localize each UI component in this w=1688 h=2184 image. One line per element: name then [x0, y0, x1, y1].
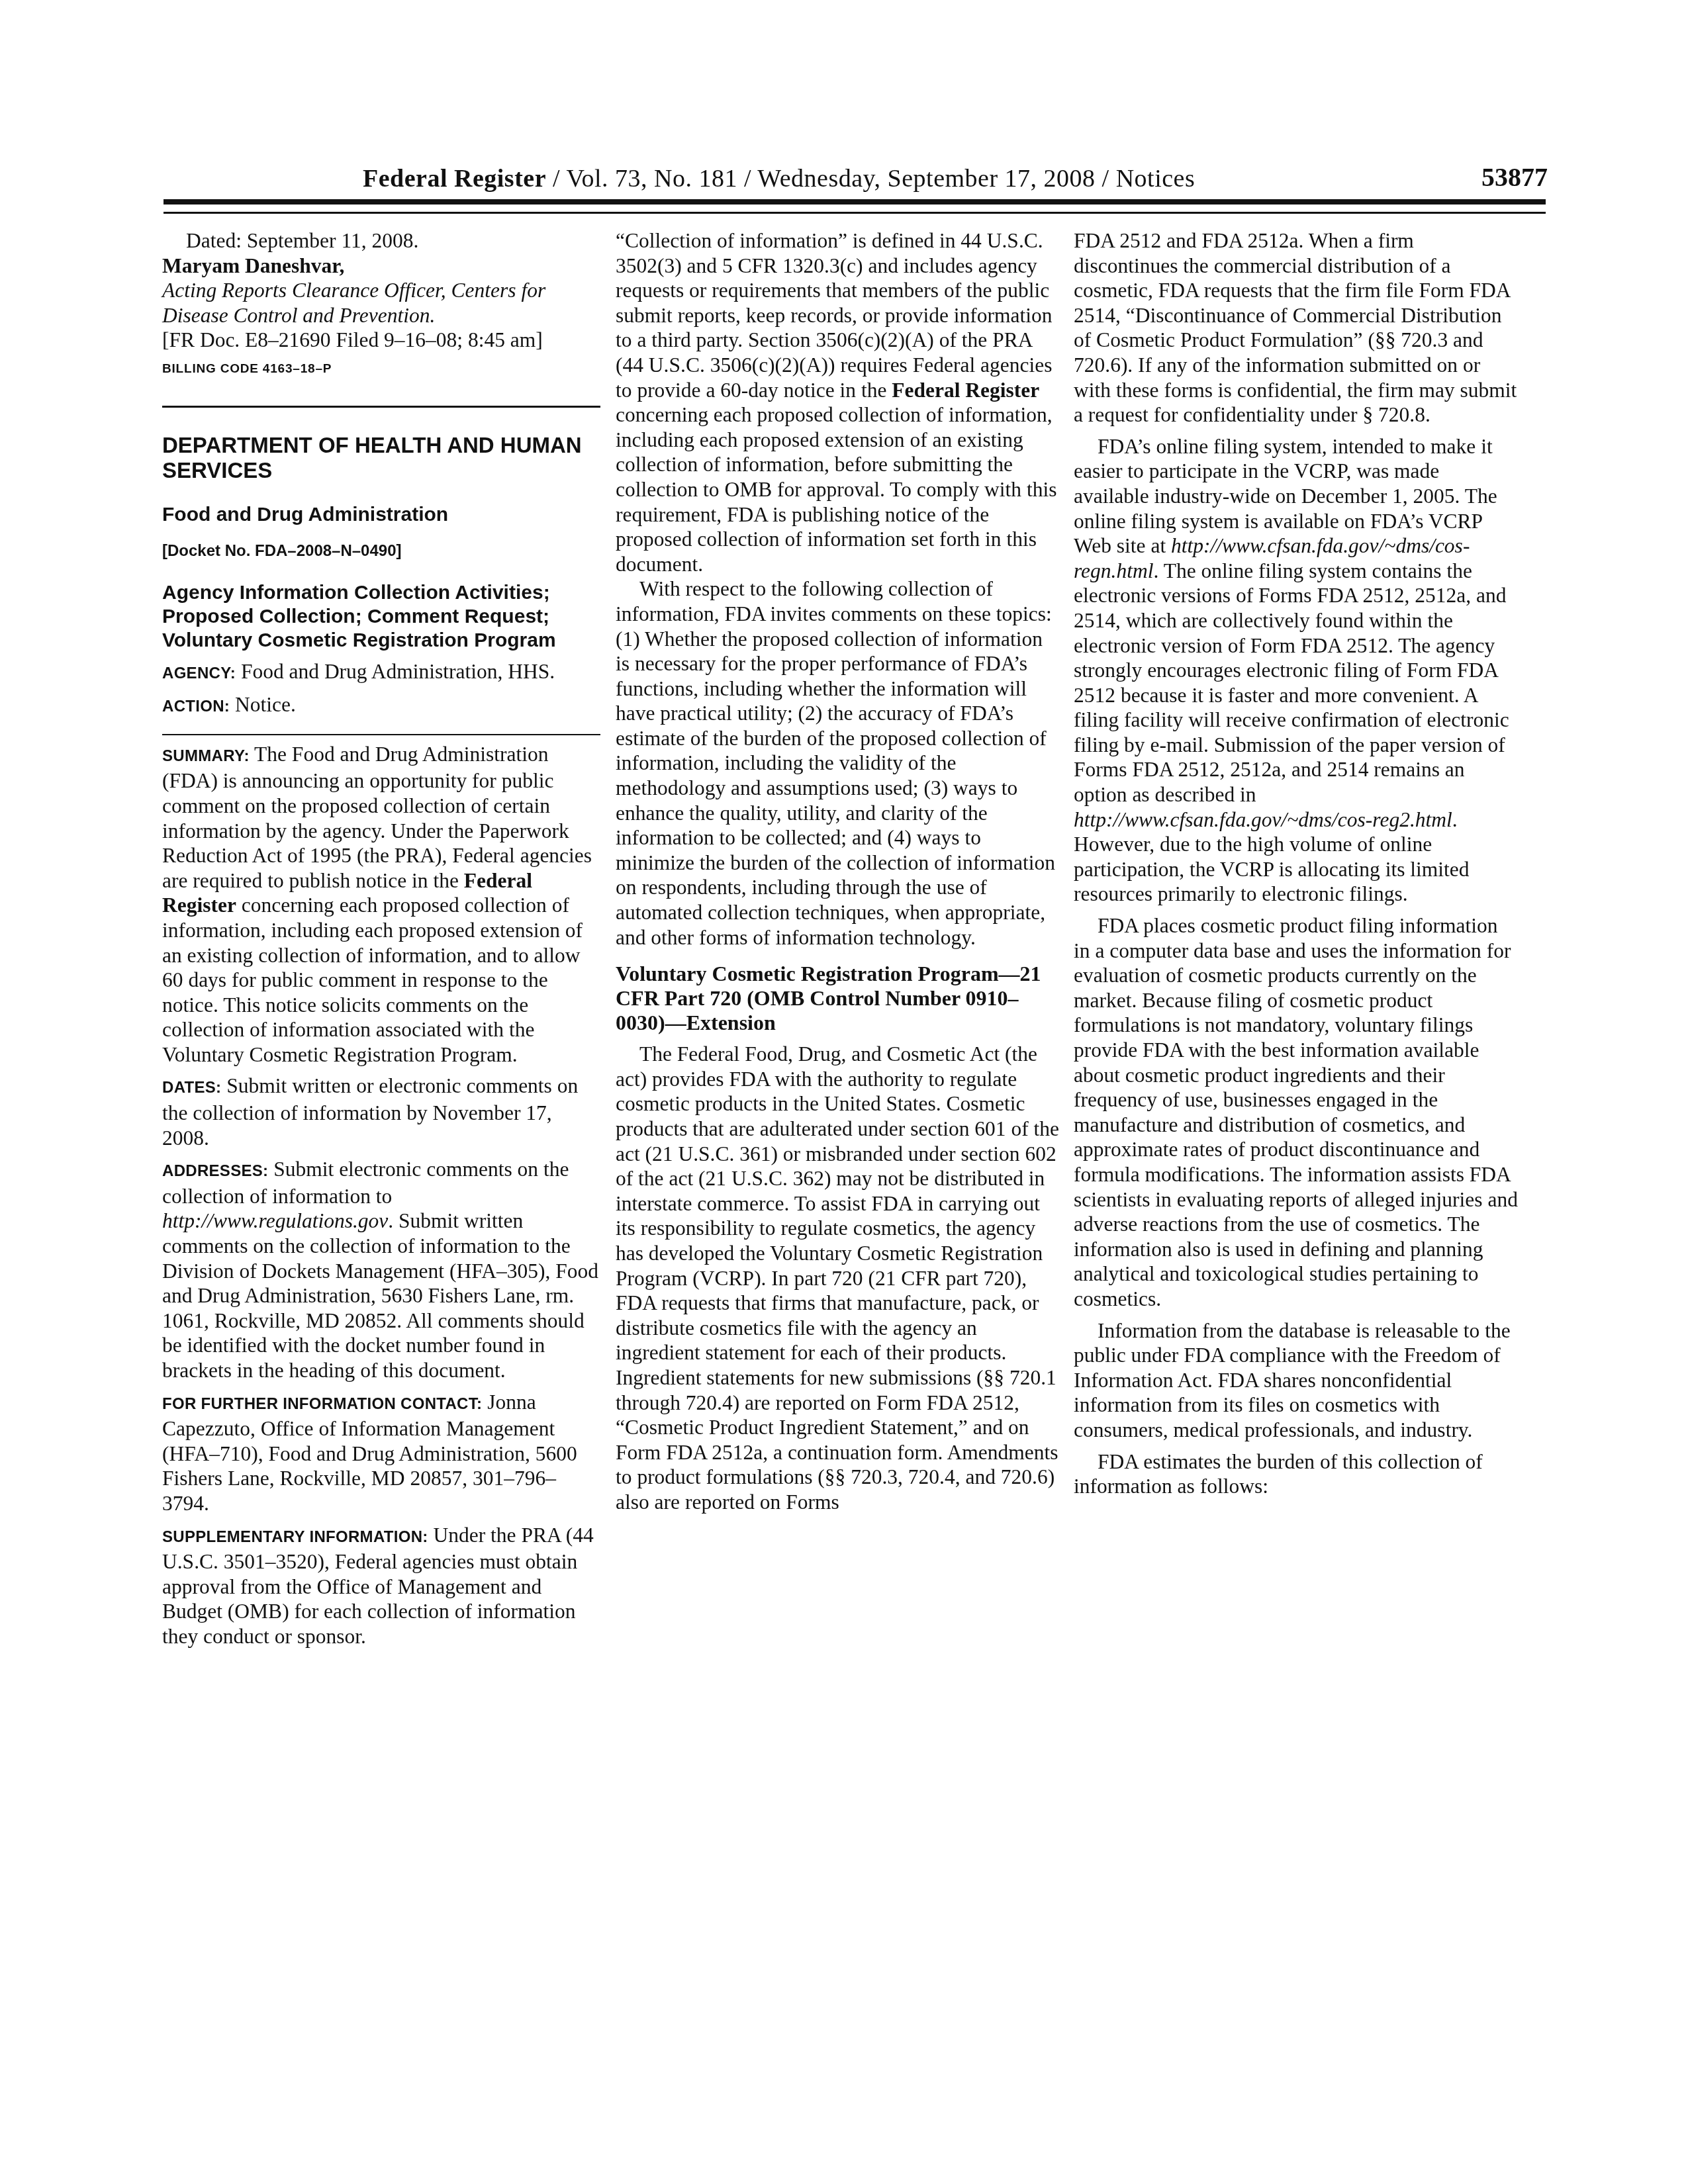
- paragraph: The Federal Food, Drug, and Cosmetic Act…: [616, 1042, 1060, 1514]
- agency-field: AGENCY: Food and Drug Administration, HH…: [162, 659, 600, 686]
- section-divider: [162, 406, 600, 408]
- page-number: 53877: [1481, 161, 1548, 193]
- document-page: Federal Register / Vol. 73, No. 181 / We…: [0, 0, 1688, 2184]
- para-text-2: concerning each proposed collection of i…: [616, 403, 1057, 576]
- billing-code: BILLING CODE 4163–18–P: [162, 357, 600, 382]
- column-1: Dated: September 11, 2008. Maryam Danesh…: [162, 228, 600, 1649]
- para-text-b: . The online filing system contains the …: [1074, 559, 1509, 806]
- paragraph: FDA places cosmetic product filing infor…: [1074, 913, 1519, 1312]
- issue-info: / Vol. 73, No. 181 / Wednesday, Septembe…: [546, 165, 1195, 193]
- signer-name: Maryam Daneshvar,: [162, 253, 600, 279]
- addresses-field: ADDRESSES: Submit electronic comments on…: [162, 1157, 600, 1383]
- docket-number: [Docket No. FDA–2008–N–0490]: [162, 541, 600, 561]
- summary-label: SUMMARY:: [162, 747, 250, 765]
- publication-name: Federal Register: [363, 165, 546, 193]
- paragraph: “Collection of information” is defined i…: [616, 228, 1060, 576]
- notice-title: Agency Information Collection Activities…: [162, 581, 600, 653]
- paragraph: FDA 2512 and FDA 2512a. When a firm disc…: [1074, 228, 1519, 428]
- header-rule-thick: [164, 199, 1546, 205]
- agency-text: Food and Drug Administration, HHS.: [236, 660, 555, 683]
- fr-doc-line: [FR Doc. E8–21690 Filed 9–16–08; 8:45 am…: [162, 328, 600, 353]
- header-rule-thin: [164, 212, 1546, 214]
- column-3: FDA 2512 and FDA 2512a. When a firm disc…: [1074, 228, 1519, 1499]
- paragraph: With respect to the following collection…: [616, 576, 1060, 950]
- paragraph: FDA’s online filing system, intended to …: [1074, 434, 1519, 907]
- running-header: Federal Register / Vol. 73, No. 181 / We…: [363, 159, 1548, 199]
- paragraph: Information from the database is releasa…: [1074, 1318, 1519, 1443]
- column-2: “Collection of information” is defined i…: [616, 228, 1060, 1515]
- dates-label: DATES:: [162, 1079, 221, 1097]
- action-label: ACTION:: [162, 698, 230, 715]
- department-heading: DEPARTMENT OF HEALTH AND HUMAN SERVICES: [162, 433, 600, 483]
- summary-text-2: concerning each proposed collection of i…: [162, 893, 583, 1066]
- contact-field: FOR FURTHER INFORMATION CONTACT: Jonna C…: [162, 1390, 600, 1516]
- para-text-1: “Collection of information” is defined i…: [616, 229, 1053, 402]
- supplementary-field: SUPPLEMENTARY INFORMATION: Under the PRA…: [162, 1523, 600, 1649]
- preamble-divider: [162, 734, 600, 735]
- regulations-gov-link[interactable]: http://www.regulations.gov: [162, 1209, 388, 1232]
- action-field: ACTION: Notice.: [162, 692, 600, 719]
- agency-heading: Food and Drug Administration: [162, 503, 600, 527]
- section-subheading: Voluntary Cosmetic Registration Program—…: [616, 962, 1060, 1035]
- dates-text: Submit written or electronic comments on…: [162, 1074, 578, 1149]
- cfsan-reg2-link[interactable]: http://www.cfsan.fda.gov/~dms/cos-reg2.h…: [1074, 808, 1452, 831]
- summary-field: SUMMARY: The Food and Drug Administratio…: [162, 742, 600, 1068]
- action-text: Notice.: [230, 693, 296, 716]
- dates-field: DATES: Submit written or electronic comm…: [162, 1073, 600, 1150]
- header-citation: Federal Register / Vol. 73, No. 181 / We…: [363, 164, 1195, 193]
- supplementary-label: SUPPLEMENTARY INFORMATION:: [162, 1528, 428, 1546]
- dated-line: Dated: September 11, 2008.: [162, 228, 600, 253]
- contact-label: FOR FURTHER INFORMATION CONTACT:: [162, 1395, 482, 1413]
- paragraph: FDA estimates the burden of this collect…: [1074, 1449, 1519, 1499]
- addresses-text-2: . Submit written comments on the collect…: [162, 1209, 598, 1382]
- signer-title: Acting Reports Clearance Officer, Center…: [162, 278, 600, 328]
- agency-label: AGENCY:: [162, 664, 236, 682]
- addresses-label: ADDRESSES:: [162, 1162, 268, 1180]
- federal-register-emphasis: Federal Register: [892, 379, 1039, 402]
